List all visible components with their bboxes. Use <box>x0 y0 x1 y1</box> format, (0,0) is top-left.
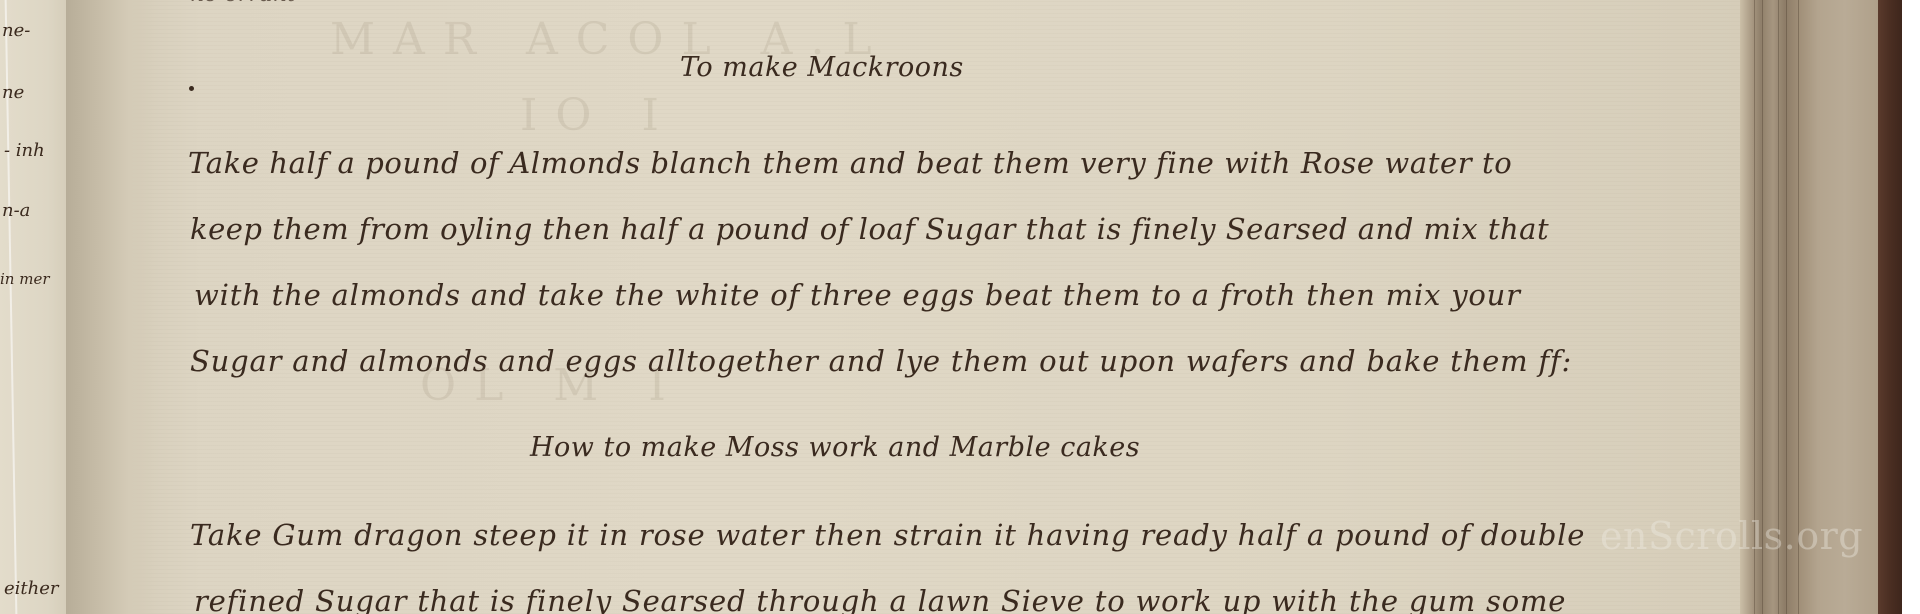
recipe-title: To make Mackroons <box>680 52 964 83</box>
bleed-through-text: IO I <box>520 90 677 141</box>
recipe-title: How to make Moss work and Marble cakes <box>530 432 1140 463</box>
left-page-fragment: ne <box>2 82 24 103</box>
recipe-line: keep them from oyling then half a pound … <box>190 212 1549 246</box>
recipe-line: Take Gum dragon steep it in rose water t… <box>190 518 1585 552</box>
left-page-strip: ne- ne - inh n-a in mer either <box>0 0 68 614</box>
left-page-fragment: in mer <box>0 270 50 288</box>
book-cover-edge <box>1878 0 1902 614</box>
recipe-line: refined Sugar that is finely Searsed thr… <box>194 584 1566 614</box>
recipe-line: Take half a pound of Almonds blanch them… <box>188 146 1512 180</box>
top-cropped-fragment: ne errant <box>190 0 296 7</box>
ink-mark <box>189 86 194 91</box>
manuscript-photo: ne- ne - inh n-a in mer either MAR ACOL … <box>0 0 1920 614</box>
recipe-line: with the almonds and take the white of t… <box>194 278 1521 312</box>
site-watermark: enScrolls.org <box>1600 514 1863 558</box>
left-page-fragment: either <box>4 578 59 599</box>
recipe-line: Sugar and almonds and eggs alltogether a… <box>190 344 1572 378</box>
gutter-shadow <box>66 0 156 614</box>
left-page-fragment: - inh <box>4 140 45 161</box>
left-page-fragment: n-a <box>2 200 30 221</box>
left-page-fragment: ne- <box>2 20 30 41</box>
